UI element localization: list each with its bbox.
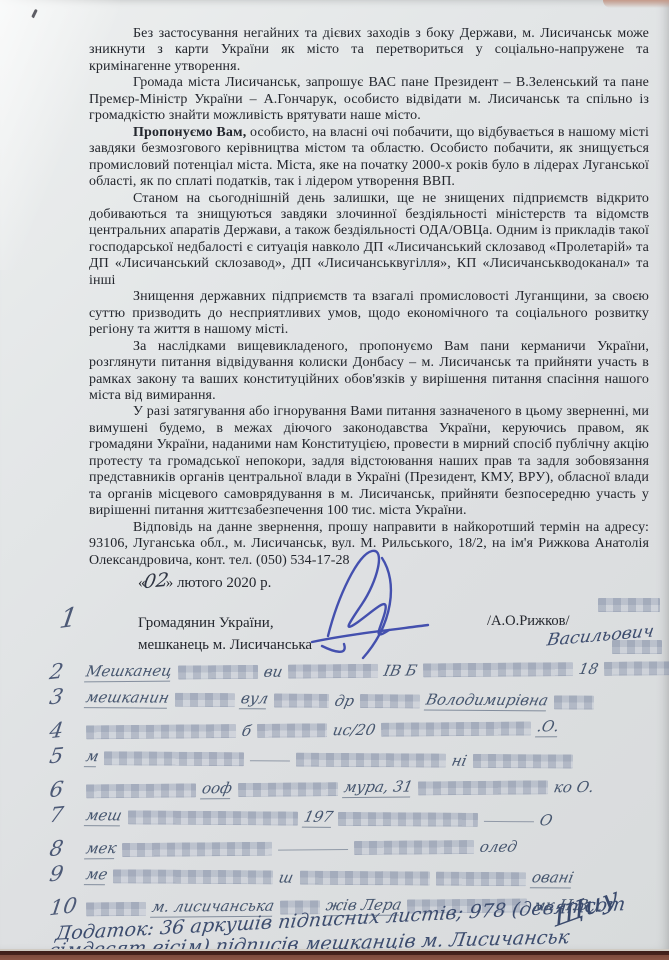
handwriting-fragment: ме bbox=[84, 864, 110, 884]
handwriting-fragment: 197 bbox=[301, 807, 334, 827]
pixelated-redaction bbox=[122, 841, 272, 856]
handwritten-underline bbox=[250, 758, 290, 760]
handwriting-fragment: меш bbox=[84, 805, 124, 825]
pixelated-redaction bbox=[381, 721, 531, 736]
handwritten-underline bbox=[484, 819, 534, 821]
handwritten-underline bbox=[278, 848, 348, 851]
pixelated-redaction bbox=[604, 661, 669, 676]
handwriting-fragment: м bbox=[84, 746, 101, 766]
handwriting-fragment: др bbox=[333, 691, 356, 709]
scanned-letter-photo: Без застосування негайних та дієвих захо… bbox=[0, 0, 669, 960]
handwriting-fragment: .О. bbox=[535, 717, 561, 737]
table-edge bbox=[0, 949, 669, 960]
letter-body: Без застосування негайних та дієвих захо… bbox=[89, 26, 649, 569]
pixelated-redaction bbox=[418, 780, 548, 795]
pixelated-redaction bbox=[238, 782, 338, 797]
pixelated-redaction bbox=[338, 811, 478, 826]
signature-row: 8меколед bbox=[42, 824, 667, 859]
row-number: 3 bbox=[48, 682, 82, 709]
letter-paragraph: За наслідками вищевикладеного, пропонуєм… bbox=[89, 339, 649, 405]
letter-paragraph: Громада міста Лисичанськ, запрошує ВАС п… bbox=[89, 75, 649, 124]
handwriting-fragment: ооф bbox=[200, 779, 234, 799]
pixelated-redaction bbox=[178, 664, 258, 679]
pixelated-redaction bbox=[435, 871, 525, 886]
handwriting-fragment: ко О. bbox=[552, 777, 595, 795]
signature-row: 6оофмура, 31ко О. bbox=[42, 765, 667, 800]
signature-row: 2МешканецвиІВ Б18 bbox=[42, 647, 667, 682]
pixelated-redaction bbox=[288, 663, 378, 678]
date-line: «02» лютого 2020 р. bbox=[138, 570, 271, 592]
signer-line1: Громадянин України, bbox=[138, 612, 312, 634]
signer-printed-name: /А.О.Рижков/ bbox=[487, 613, 570, 630]
letter-paragraph: У разі затягування або ігнорування Вами … bbox=[89, 404, 649, 519]
letter-paragraph: Пропонуємо Вам, особисто, на власні очі … bbox=[89, 125, 649, 191]
pixelated-redaction bbox=[175, 692, 235, 706]
pixelated-redaction bbox=[274, 692, 329, 706]
pixelated-redaction bbox=[423, 662, 573, 677]
handwriting-fragment: мура, 31 bbox=[342, 777, 414, 798]
row-number: 5 bbox=[48, 741, 82, 768]
letter-paragraph: Станом на сьогоднішній день залишки, ще … bbox=[89, 191, 649, 290]
signature-row: 4бис/20.О. bbox=[42, 706, 667, 741]
letter-paragraph: Без застосування негайних та дієвих захо… bbox=[89, 26, 649, 75]
pixelated-redaction bbox=[86, 901, 146, 916]
signature-rows: 2МешканецвиІВ Б183мешканинвулдрВолодимир… bbox=[42, 650, 667, 916]
pixelated-redaction bbox=[113, 868, 273, 883]
pixelated-redaction bbox=[354, 839, 474, 854]
table-corner-sliver bbox=[603, 0, 669, 8]
pixelated-redaction bbox=[299, 870, 429, 885]
handwriting-fragment: ис/20 bbox=[331, 720, 377, 738]
letter-paragraph: Знищення державних підприємств та взагал… bbox=[89, 289, 649, 338]
handwriting-fragment: олед bbox=[478, 837, 519, 855]
row-number: 10 bbox=[48, 892, 82, 919]
handwriting-fragment: ІВ Б bbox=[382, 661, 418, 679]
paragraph-bold-lead: Пропонуємо Вам, bbox=[133, 125, 246, 140]
handwriting-fragment: ви bbox=[262, 662, 284, 680]
handwritten-day: 02 bbox=[142, 569, 170, 593]
row-number: 7 bbox=[48, 800, 82, 827]
handwriting-fragment: 18 bbox=[577, 659, 600, 677]
pixelated-redaction bbox=[296, 752, 446, 767]
handwriting-fragment: вул bbox=[239, 688, 270, 708]
pixelated-redaction bbox=[598, 598, 660, 612]
pixelated-redaction bbox=[127, 809, 297, 824]
row-number: 9 bbox=[48, 859, 82, 886]
handwriting-fragment: ш bbox=[277, 867, 295, 885]
handwriting-fragment: б bbox=[240, 721, 253, 739]
pixelated-redaction bbox=[360, 693, 420, 707]
handwriting-fragment: мешканин bbox=[84, 687, 171, 708]
pixelated-redaction bbox=[257, 723, 327, 738]
pixelated-redaction bbox=[104, 750, 244, 765]
date-rest: » лютого 2020 р. bbox=[166, 575, 272, 591]
